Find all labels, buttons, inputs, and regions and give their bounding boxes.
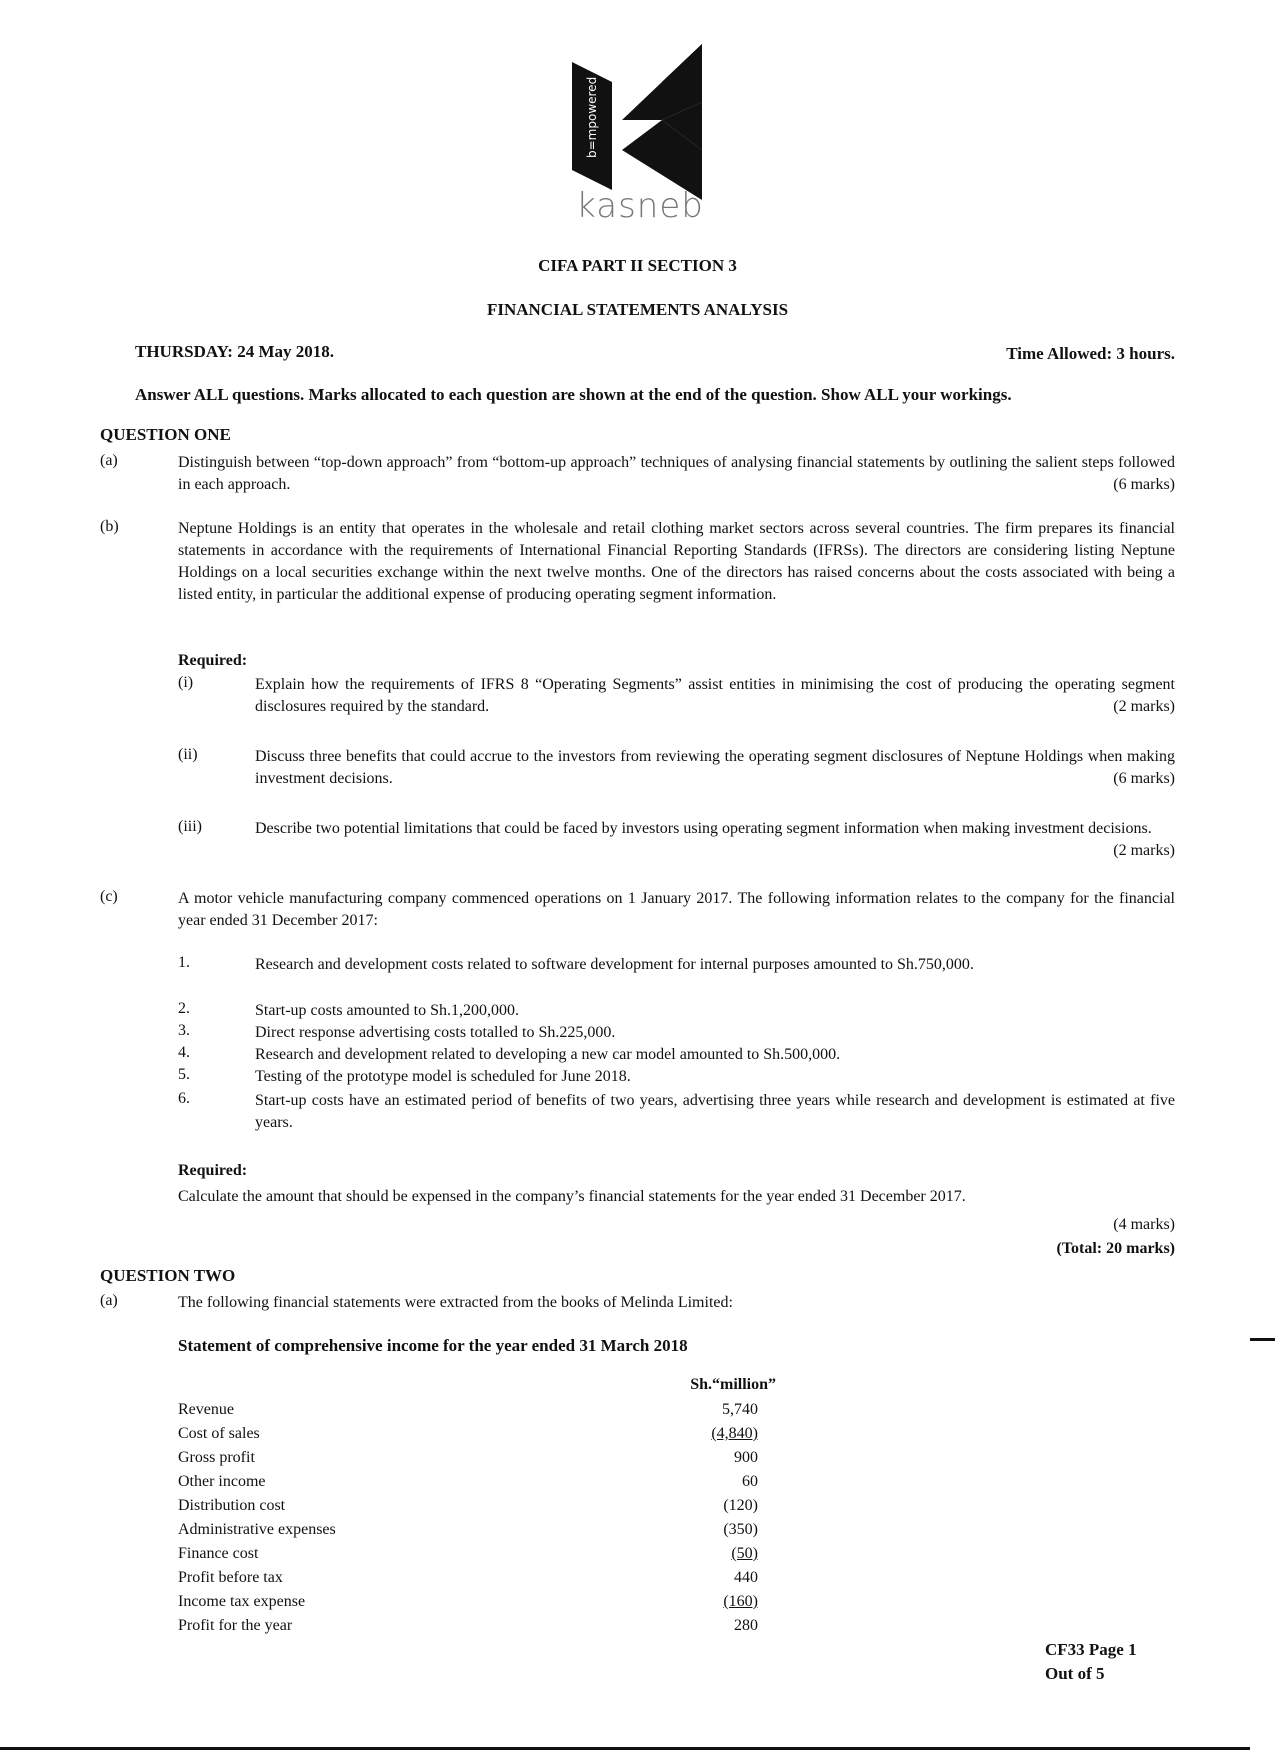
page-code: CF33 Page 1	[1045, 1638, 1137, 1662]
q1c-item: Start-up costs amounted to Sh.1,200,000.	[255, 1000, 1175, 1022]
row-value: 280	[648, 1614, 790, 1638]
statement-title: Statement of comprehensive income for th…	[178, 1336, 688, 1356]
page-count: Out of 5	[1045, 1662, 1137, 1686]
q2a-label: (a)	[100, 1292, 118, 1310]
q1c-required-text: Calculate the amount that should be expe…	[178, 1186, 1175, 1208]
q1b-i-label: (i)	[178, 674, 193, 692]
q1c-item: Research and development costs related t…	[255, 954, 1175, 976]
q1c-item: Research and development related to deve…	[255, 1044, 1175, 1066]
row-label: Profit before tax	[178, 1566, 648, 1590]
q1c-label: (c)	[100, 888, 118, 906]
q1b-iii-marks: (2 marks)	[1113, 842, 1175, 860]
time-allowed: Time Allowed: 3 hours.	[1006, 344, 1175, 364]
income-statement-table: Sh.“million” Revenue5,740Cost of sales(4…	[178, 1372, 790, 1638]
table-row: Gross profit900	[178, 1446, 790, 1470]
bottom-rule	[0, 1747, 1250, 1750]
q1b-label: (b)	[100, 518, 119, 536]
row-label: Finance cost	[178, 1542, 648, 1566]
table-row: Cost of sales(4,840)	[178, 1422, 790, 1446]
row-value: (350)	[648, 1518, 790, 1542]
row-label: Administrative expenses	[178, 1518, 648, 1542]
q1b-i-marks: (2 marks)	[1113, 698, 1175, 716]
row-value: (4,840)	[648, 1422, 790, 1446]
q2a-text: The following financial statements were …	[178, 1292, 1175, 1314]
row-value: 60	[648, 1470, 790, 1494]
logo-tagline: b=mpowered	[585, 77, 599, 158]
edge-mark	[1250, 1338, 1275, 1341]
table-row: Administrative expenses(350)	[178, 1518, 790, 1542]
row-label: Gross profit	[178, 1446, 648, 1470]
q1a-text: Distinguish between “top-down approach” …	[178, 452, 1175, 496]
row-label: Other income	[178, 1470, 648, 1494]
table-row: Other income60	[178, 1470, 790, 1494]
row-label: Distribution cost	[178, 1494, 648, 1518]
q1c-item-num: 4.	[178, 1044, 190, 1062]
row-value: (120)	[648, 1494, 790, 1518]
instructions: Answer ALL questions. Marks allocated to…	[135, 385, 1175, 405]
q1c-item-num: 2.	[178, 1000, 190, 1018]
logo-wordmark: kasneb	[560, 186, 720, 226]
exam-title: CIFA PART II SECTION 3	[0, 256, 1275, 276]
row-value: 900	[648, 1446, 790, 1470]
exam-date: THURSDAY: 24 May 2018.	[135, 342, 334, 362]
q1b-required-label: Required:	[178, 652, 247, 670]
kasneb-logo: b=mpowered	[568, 40, 708, 210]
table-row: Profit before tax440	[178, 1566, 790, 1590]
q1c-marks: (4 marks)	[1113, 1216, 1175, 1234]
row-label: Profit for the year	[178, 1614, 648, 1638]
table-row: Income tax expense(160)	[178, 1590, 790, 1614]
q1c-required-label: Required:	[178, 1162, 247, 1180]
q1c-item-num: 1.	[178, 954, 190, 972]
row-label: Revenue	[178, 1398, 648, 1422]
table-row: Profit for the year280	[178, 1614, 790, 1638]
q1b-ii-text: Discuss three benefits that could accrue…	[255, 746, 1175, 790]
table-row: Finance cost(50)	[178, 1542, 790, 1566]
q1-total-marks: (Total: 20 marks)	[1056, 1240, 1175, 1258]
page-footer: CF33 Page 1 Out of 5	[1045, 1638, 1137, 1686]
q1c-item-num: 6.	[178, 1090, 190, 1108]
column-header: Sh.“million”	[648, 1372, 790, 1398]
q1b-ii-label: (ii)	[178, 746, 198, 764]
table-row: Revenue5,740	[178, 1398, 790, 1422]
q1c-item-num: 5.	[178, 1066, 190, 1084]
row-value: 5,740	[648, 1398, 790, 1422]
question-one-heading: QUESTION ONE	[100, 425, 231, 445]
q1b-i-text: Explain how the requirements of IFRS 8 “…	[255, 674, 1175, 718]
table-row: Distribution cost(120)	[178, 1494, 790, 1518]
paper-title: FINANCIAL STATEMENTS ANALYSIS	[0, 300, 1275, 320]
q1b-ii-marks: (6 marks)	[1113, 770, 1175, 788]
row-value: (160)	[648, 1590, 790, 1614]
row-label: Income tax expense	[178, 1590, 648, 1614]
q1c-text: A motor vehicle manufacturing company co…	[178, 888, 1175, 932]
row-value: 440	[648, 1566, 790, 1590]
row-label: Cost of sales	[178, 1422, 648, 1446]
q1b-iii-label: (iii)	[178, 818, 202, 836]
q1c-item: Start-up costs have an estimated period …	[255, 1090, 1175, 1134]
question-two-heading: QUESTION TWO	[100, 1266, 235, 1286]
q1c-item: Direct response advertising costs totall…	[255, 1022, 1175, 1044]
q1c-item: Testing of the prototype model is schedu…	[255, 1066, 1175, 1088]
q1b-iii-text: Describe two potential limitations that …	[255, 818, 1175, 840]
q1b-text: Neptune Holdings is an entity that opera…	[178, 518, 1175, 606]
q1a-label: (a)	[100, 452, 118, 470]
q1a-marks: (6 marks)	[1113, 476, 1175, 494]
row-value: (50)	[648, 1542, 790, 1566]
q1c-item-num: 3.	[178, 1022, 190, 1040]
